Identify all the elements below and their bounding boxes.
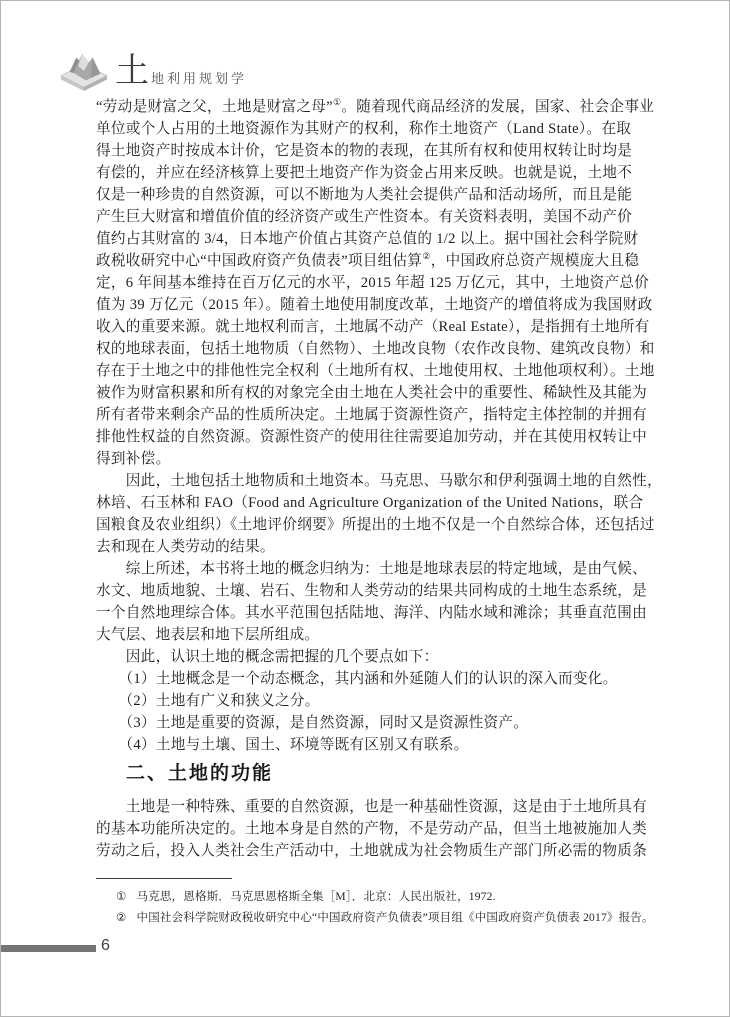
text-line: 一个自然地理综合体。其水平范围包括陆地、海洋、内陆水域和滩涂；其垂直范围由 [96,602,648,624]
footnote: ②中国社会科学院财政税收研究中心“中国政府资产负债表”项目组《中国政府资产负债表… [116,908,646,929]
footnote-separator [96,878,232,879]
text-line: 土地是一种特殊、重要的自然资源，也是一种基础性资源，这是由于土地所具有 [96,796,648,818]
text-line: 因此，土地包括土地物质和土地资本。马克思、马歇尔和伊利强调土地的自然性， [96,470,648,492]
text-line: 大气层、地表层和地下层所组成。 [96,624,648,646]
text-line: 排他性权益的自然资源。资源性资产的使用往往需要追加劳动，并在其使用权转让中 [96,426,648,448]
text-line: 单位或个人占用的土地资源作为其财产的权利，称作土地资产（Land State）。… [96,118,648,140]
text-line: 林培、石玉林和 FAO（Food and Agriculture Organiz… [96,492,648,514]
footnotes-block: ①马克思，恩格斯．马克思恩格斯全集［M］．北京：人民出版社，1972.②中国社会… [116,887,646,929]
text-line: 综上所述，本书将土地的概念归纳为：土地是地球表层的特定地域，是由气候、 [96,558,648,580]
page-number: 6 [101,937,110,955]
text-line: “劳动是财富之父，土地是财富之母”①。随着现代商品经济的发展，国家、社会企事业 [96,96,648,118]
terrain-logo-icon [59,45,109,91]
footnote-marker: ① [116,891,127,903]
body-text-block: “劳动是财富之父，土地是财富之母”①。随着现代商品经济的发展，国家、社会企事业单… [96,96,648,756]
text-line: 得土地资产时按成本计价，它是资本的物的表现，在其所有权和使用权转让时均是 [96,140,648,162]
text-line: 国粮食及农业组织）《土地评价纲要》所提出的土地不仅是一个自然综合体，还包括过 [96,514,648,536]
text-line: 政税收研究中心“中国政府资产负债表”项目组估算②，中国政府总资产规模庞大且稳 [96,250,648,272]
text-line: 有偿的，并应在经济核算上要把土地资产作为资金占用来反映。也就是说，土地不 [96,162,648,184]
footnote-ref: ② [422,251,430,261]
text-line: 得到补偿。 [96,448,648,470]
book-title-text: 地利用规划学 [151,68,247,87]
book-page: 土 地利用规划学 “劳动是财富之父，土地是财富之母”①。随着现代商品经济的发展，… [0,0,730,1017]
text-line: 被作为财富积累和所有权的对象完全由土地在人类社会中的重要性、稀缺性及其能为 [96,382,648,404]
text-line: 权的地球表面，包括土地物质（自然物）、土地改良物（农作改良物、建筑改良物）和 [96,338,648,360]
footnote: ①马克思，恩格斯．马克思恩格斯全集［M］．北京：人民出版社，1972. [116,887,646,908]
text-line: 定，6 年间基本维持在百万亿元的水平，2015 年超 125 万亿元，其中，土地… [96,272,648,294]
text-line: 所有者带来剩余产品的性质所决定。土地属于资源性资产，指特定主体控制的并拥有 [96,404,648,426]
text-line: （4）土地与土壤、国土、环境等既有区别又有联系。 [96,734,648,756]
footnote-text: 中国社会科学院财政税收研究中心“中国政府资产负债表”项目组《中国政府资产负债表 … [137,912,654,924]
text-line: 值约占其财富的 3/4，日本地产价值占其资产总值的 1/2 以上。据中国社会科学… [96,228,648,250]
text-line: 存在于土地之中的排他性完全权利（土地所有权、土地使用权、土地他项权利）。土地 [96,360,648,382]
body-text-block-2: 土地是一种特殊、重要的自然资源，也是一种基础性资源，这是由于土地所具有的基本功能… [96,796,648,862]
footer-bar [1,945,96,952]
page-header: 土 地利用规划学 [59,43,247,91]
text-line: （2）土地有广义和狭义之分。 [96,690,648,712]
text-line: 去和现在人类劳动的结果。 [96,536,648,558]
footnote-text: 马克思，恩格斯．马克思恩格斯全集［M］．北京：人民出版社，1972. [137,891,496,903]
text-line: 水文、地质地貌、土壤、岩石、生物和人类劳动的结果共同构成的土地生态系统，是 [96,580,648,602]
text-line: 因此，认识土地的概念需把握的几个要点如下： [96,646,648,668]
text-line: 仅是一种珍贵的自然资源，可以不断地为人类社会提供产品和活动场所，而且是能 [96,184,648,206]
text-line: 劳动之后，投入人类社会生产活动中，土地就成为社会物质生产部门所必需的物质条 [96,840,648,862]
text-line: 的基本功能所决定的。土地本身是自然的产物，不是劳动产品，但当土地被施加人类 [96,818,648,840]
footnote-marker: ② [116,912,127,924]
book-title-big-char: 土 [115,55,149,89]
text-line: 值为 39 万亿元（2015 年）。随着土地使用制度改革，土地资产的增值将成为我… [96,294,648,316]
text-line: 收入的重要来源。就土地权利而言，土地属不动产（Real Estate），是指拥有… [96,316,648,338]
text-line: （1）土地概念是一个动态概念，其内涵和外延随人们的认识的深入而变化。 [96,668,648,690]
footnote-ref: ① [333,97,341,107]
text-line: 产生巨大财富和增值价值的经济资产或生产性资本。有关资料表明，美国不动产价 [96,206,648,228]
text-line: （3）土地是重要的资源，是自然资源，同时又是资源性资产。 [96,712,648,734]
section-heading: 二、土地的功能 [126,758,273,785]
